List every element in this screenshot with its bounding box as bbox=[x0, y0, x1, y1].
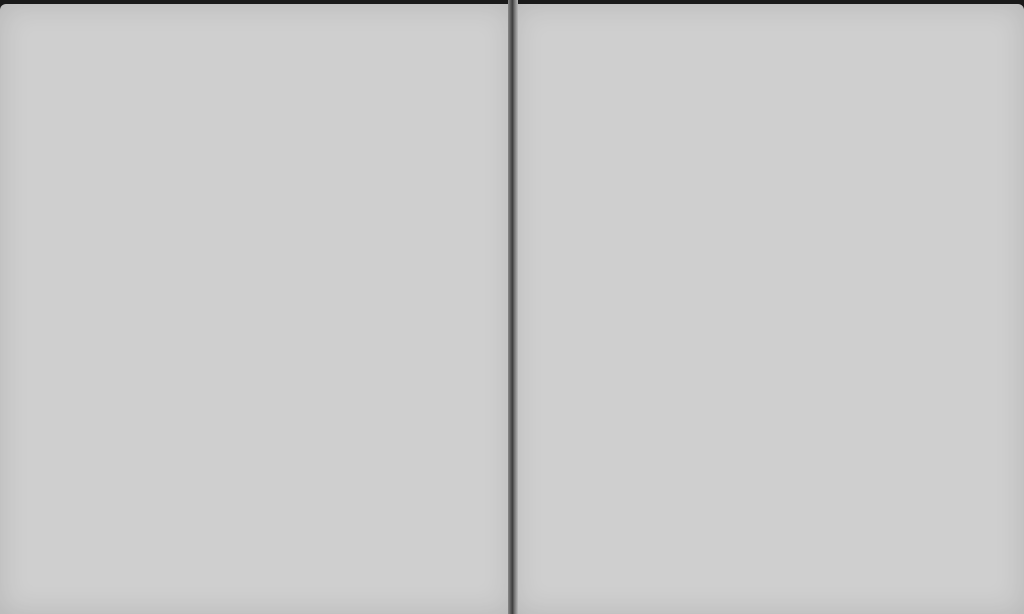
book-gutter bbox=[508, 0, 518, 614]
right-page bbox=[514, 4, 1024, 614]
left-page bbox=[0, 4, 512, 614]
